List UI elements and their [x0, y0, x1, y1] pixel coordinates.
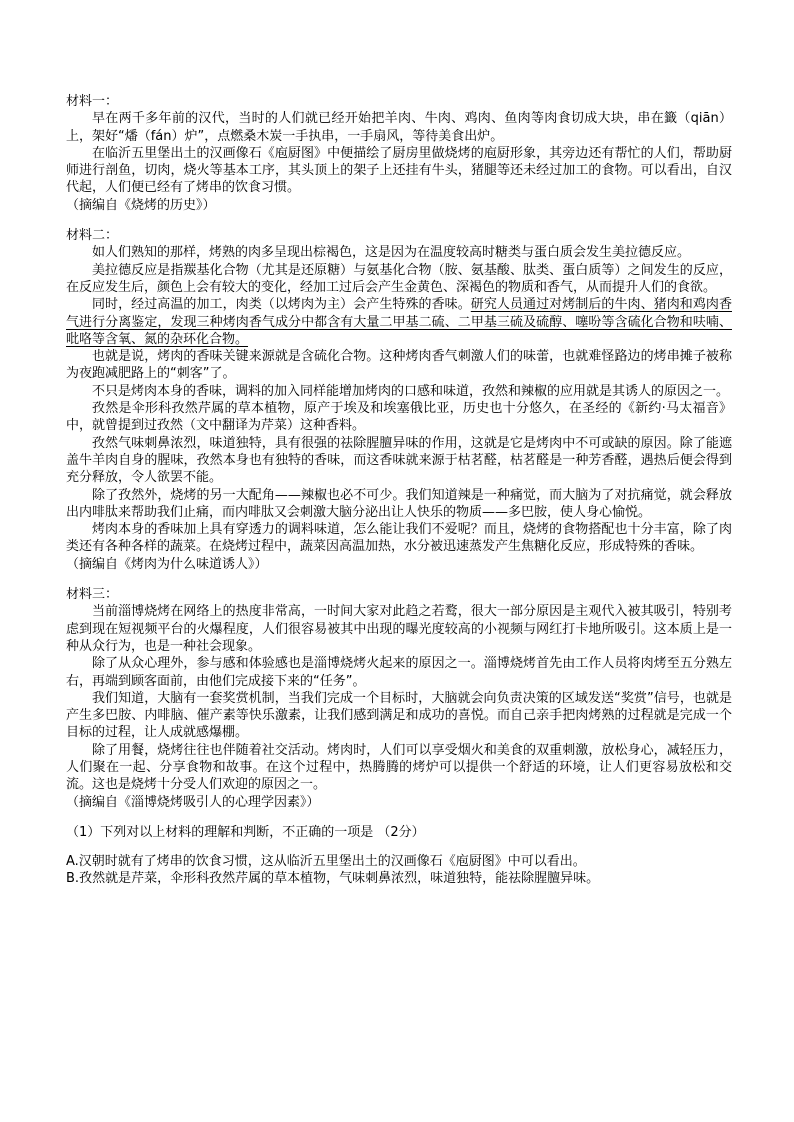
- text-segment: 同时，经过高温的加工，肉类（以烤肉为主）会产生特殊的香味。: [92, 297, 471, 312]
- text-segment: 孜然气味刺鼻浓烈，味道独特，具有很强的祛除腥膻异味的作用，这就是它是烤肉中不可或…: [66, 436, 732, 486]
- text-segment: 早在两千多年前的汉代，当时的人们就已经开始把羊肉、牛肉、鸡肉、鱼肉等肉食切成大块…: [66, 111, 732, 143]
- document-page: 材料一：早在两千多年前的汉代，当时的人们就已经开始把羊肉、牛肉、鸡肉、鱼肉等肉食…: [0, 0, 794, 1122]
- material-section: 材料二：如人们熟知的那样，烤熟的肉多呈现出棕褐色，这是因为在温度较高时糖类与蛋白…: [66, 227, 732, 573]
- text-segment: 烤肉本身的香味加上具有穿透力的调料味道，怎么能让我们不爱呢？而且，烧烤的食物搭配…: [66, 522, 732, 554]
- paragraph: 除了从众心理外，参与感和体验感也是淄博烧烤火起来的原因之一。淄博烧烤首先由工作人…: [66, 655, 732, 690]
- text-segment: 不只是烤肉本身的香味，调料的加入同样能增加烤肉的口感和味道，孜然和辣椒的应用就是…: [92, 384, 729, 399]
- option-b-text: 孜然就是芹菜，伞形科孜然芹属的草本植物，气味刺鼻浓烈，味道独特，能祛除腥膻异味。: [79, 871, 599, 886]
- paragraph: 如人们熟知的那样，烤熟的肉多呈现出棕褐色，这是因为在温度较高时糖类与蛋白质会发生…: [66, 244, 732, 261]
- paragraph: 除了孜然外，烧烤的另一大配角——辣椒也必不可少。我们知道辣是一种痛觉，而大脑为了…: [66, 487, 732, 522]
- paragraph: 在临沂五里堡出土的汉画像石《庖厨图》中便描绘了厨房里做烧烤的庖厨形象，其旁边还有…: [66, 145, 732, 197]
- paragraph: 也就是说，烤肉的香味关键来源就是含硫化合物。这种烤肉香气刺激人们的味蕾，也就难怪…: [66, 348, 732, 383]
- materials: 材料一：早在两千多年前的汉代，当时的人们就已经开始把羊肉、牛肉、鸡肉、鱼肉等肉食…: [66, 93, 732, 811]
- option-a: A.汉朝时就有了烤串的饮食习惯，这从临沂五里堡出土的汉画像石《庖厨图》中可以看出…: [66, 853, 732, 870]
- paragraph: 不只是烤肉本身的香味，调料的加入同样能增加烤肉的口感和味道，孜然和辣椒的应用就是…: [66, 383, 732, 400]
- material-title: 材料一：: [66, 93, 732, 110]
- material-section: 材料一：早在两千多年前的汉代，当时的人们就已经开始把羊肉、牛肉、鸡肉、鱼肉等肉食…: [66, 93, 732, 214]
- source-citation: （摘编自《烤肉为什么味道诱人》）: [66, 556, 732, 573]
- text-segment: 除了用餐，烧烤往往也伴随着社交活动。烤肉时，人们可以享受烟火和美食的双重刺激，放…: [66, 743, 732, 793]
- option-b: B.孜然就是芹菜，伞形科孜然芹属的草本植物，气味刺鼻浓烈，味道独特，能祛除腥膻异…: [66, 870, 732, 887]
- paragraph: 当前淄博烧烤在网络上的热度非常高，一时间大家对此趋之若鹜，很大一部分原因是主观代…: [66, 603, 732, 655]
- text-segment: 除了从众心理外，参与感和体验感也是淄博烧烤火起来的原因之一。淄博烧烤首先由工作人…: [66, 656, 732, 688]
- question-prompt: （1）下列对以上材料的理解和判断，不正确的一项是 （2分）: [66, 824, 732, 841]
- source-citation: （摘编自《淄博烧烤吸引人的心理学因素》）: [66, 794, 732, 811]
- text-segment: 当前淄博烧烤在网络上的热度非常高，一时间大家对此趋之若鹜，很大一部分原因是主观代…: [66, 604, 732, 654]
- question-block: （1）下列对以上材料的理解和判断，不正确的一项是 （2分） A.汉朝时就有了烤串…: [66, 824, 732, 888]
- text-segment: 在临沂五里堡出土的汉画像石《庖厨图》中便描绘了厨房里做烧烤的庖厨形象，其旁边还有…: [66, 146, 732, 196]
- text-segment: 我们知道，大脑有一套奖赏机制，当我们完成一个目标时，大脑就会向负责决策的区域发送…: [66, 691, 732, 741]
- text-segment: 除了孜然外，烧烤的另一大配角——辣椒也必不可少。我们知道辣是一种痛觉，而大脑为了…: [66, 488, 732, 520]
- material-section: 材料三：当前淄博烧烤在网络上的热度非常高，一时间大家对此趋之若鹜，很大一部分原因…: [66, 586, 732, 811]
- paragraph: 孜然是伞形科孜然芹属的草本植物，原产于埃及和埃塞俄比亚，历史也十分悠久，在圣经的…: [66, 400, 732, 435]
- material-title: 材料三：: [66, 586, 732, 603]
- paragraph: 我们知道，大脑有一套奖赏机制，当我们完成一个目标时，大脑就会向负责决策的区域发送…: [66, 690, 732, 742]
- option-a-text: 汉朝时就有了烤串的饮食习惯，这从临沂五里堡出土的汉画像石《庖厨图》中可以看出。: [79, 854, 586, 869]
- source-citation: （摘编自《烧烤的历史》）: [66, 197, 732, 214]
- paragraph: 孜然气味刺鼻浓烈，味道独特，具有很强的祛除腥膻异味的作用，这就是它是烤肉中不可或…: [66, 435, 732, 487]
- answer-options: A.汉朝时就有了烤串的饮食习惯，这从临沂五里堡出土的汉画像石《庖厨图》中可以看出…: [66, 853, 732, 888]
- option-b-label: B.: [66, 871, 79, 886]
- option-a-label: A.: [66, 854, 79, 869]
- paragraph: 烤肉本身的香味加上具有穿透力的调料味道，怎么能让我们不爱呢？而且，烧烤的食物搭配…: [66, 521, 732, 556]
- paragraph: 除了用餐，烧烤往往也伴随着社交活动。烤肉时，人们可以享受烟火和美食的双重刺激，放…: [66, 742, 732, 794]
- text-segment: 美拉德反应是指羰基化合物（尤其是还原糖）与氨基化合物（胺、氨基酸、肽类、蛋白质等…: [66, 263, 732, 295]
- text-segment: 也就是说，烤肉的香味关键来源就是含硫化合物。这种烤肉香气刺激人们的味蕾，也就难怪…: [66, 349, 732, 381]
- paragraph: 同时，经过高温的加工，肉类（以烤肉为主）会产生特殊的香味。研究人员通过对烤制后的…: [66, 296, 732, 348]
- text-segment: 如人们熟知的那样，烤熟的肉多呈现出棕褐色，这是因为在温度较高时糖类与蛋白质会发生…: [92, 245, 690, 260]
- paragraph: 早在两千多年前的汉代，当时的人们就已经开始把羊肉、牛肉、鸡肉、鱼肉等肉食切成大块…: [66, 110, 732, 145]
- paragraph: 美拉德反应是指羰基化合物（尤其是还原糖）与氨基化合物（胺、氨基酸、肽类、蛋白质等…: [66, 262, 732, 297]
- text-segment: 孜然是伞形科孜然芹属的草本植物，原产于埃及和埃塞俄比亚，历史也十分悠久，在圣经的…: [66, 401, 732, 433]
- material-title: 材料二：: [66, 227, 732, 244]
